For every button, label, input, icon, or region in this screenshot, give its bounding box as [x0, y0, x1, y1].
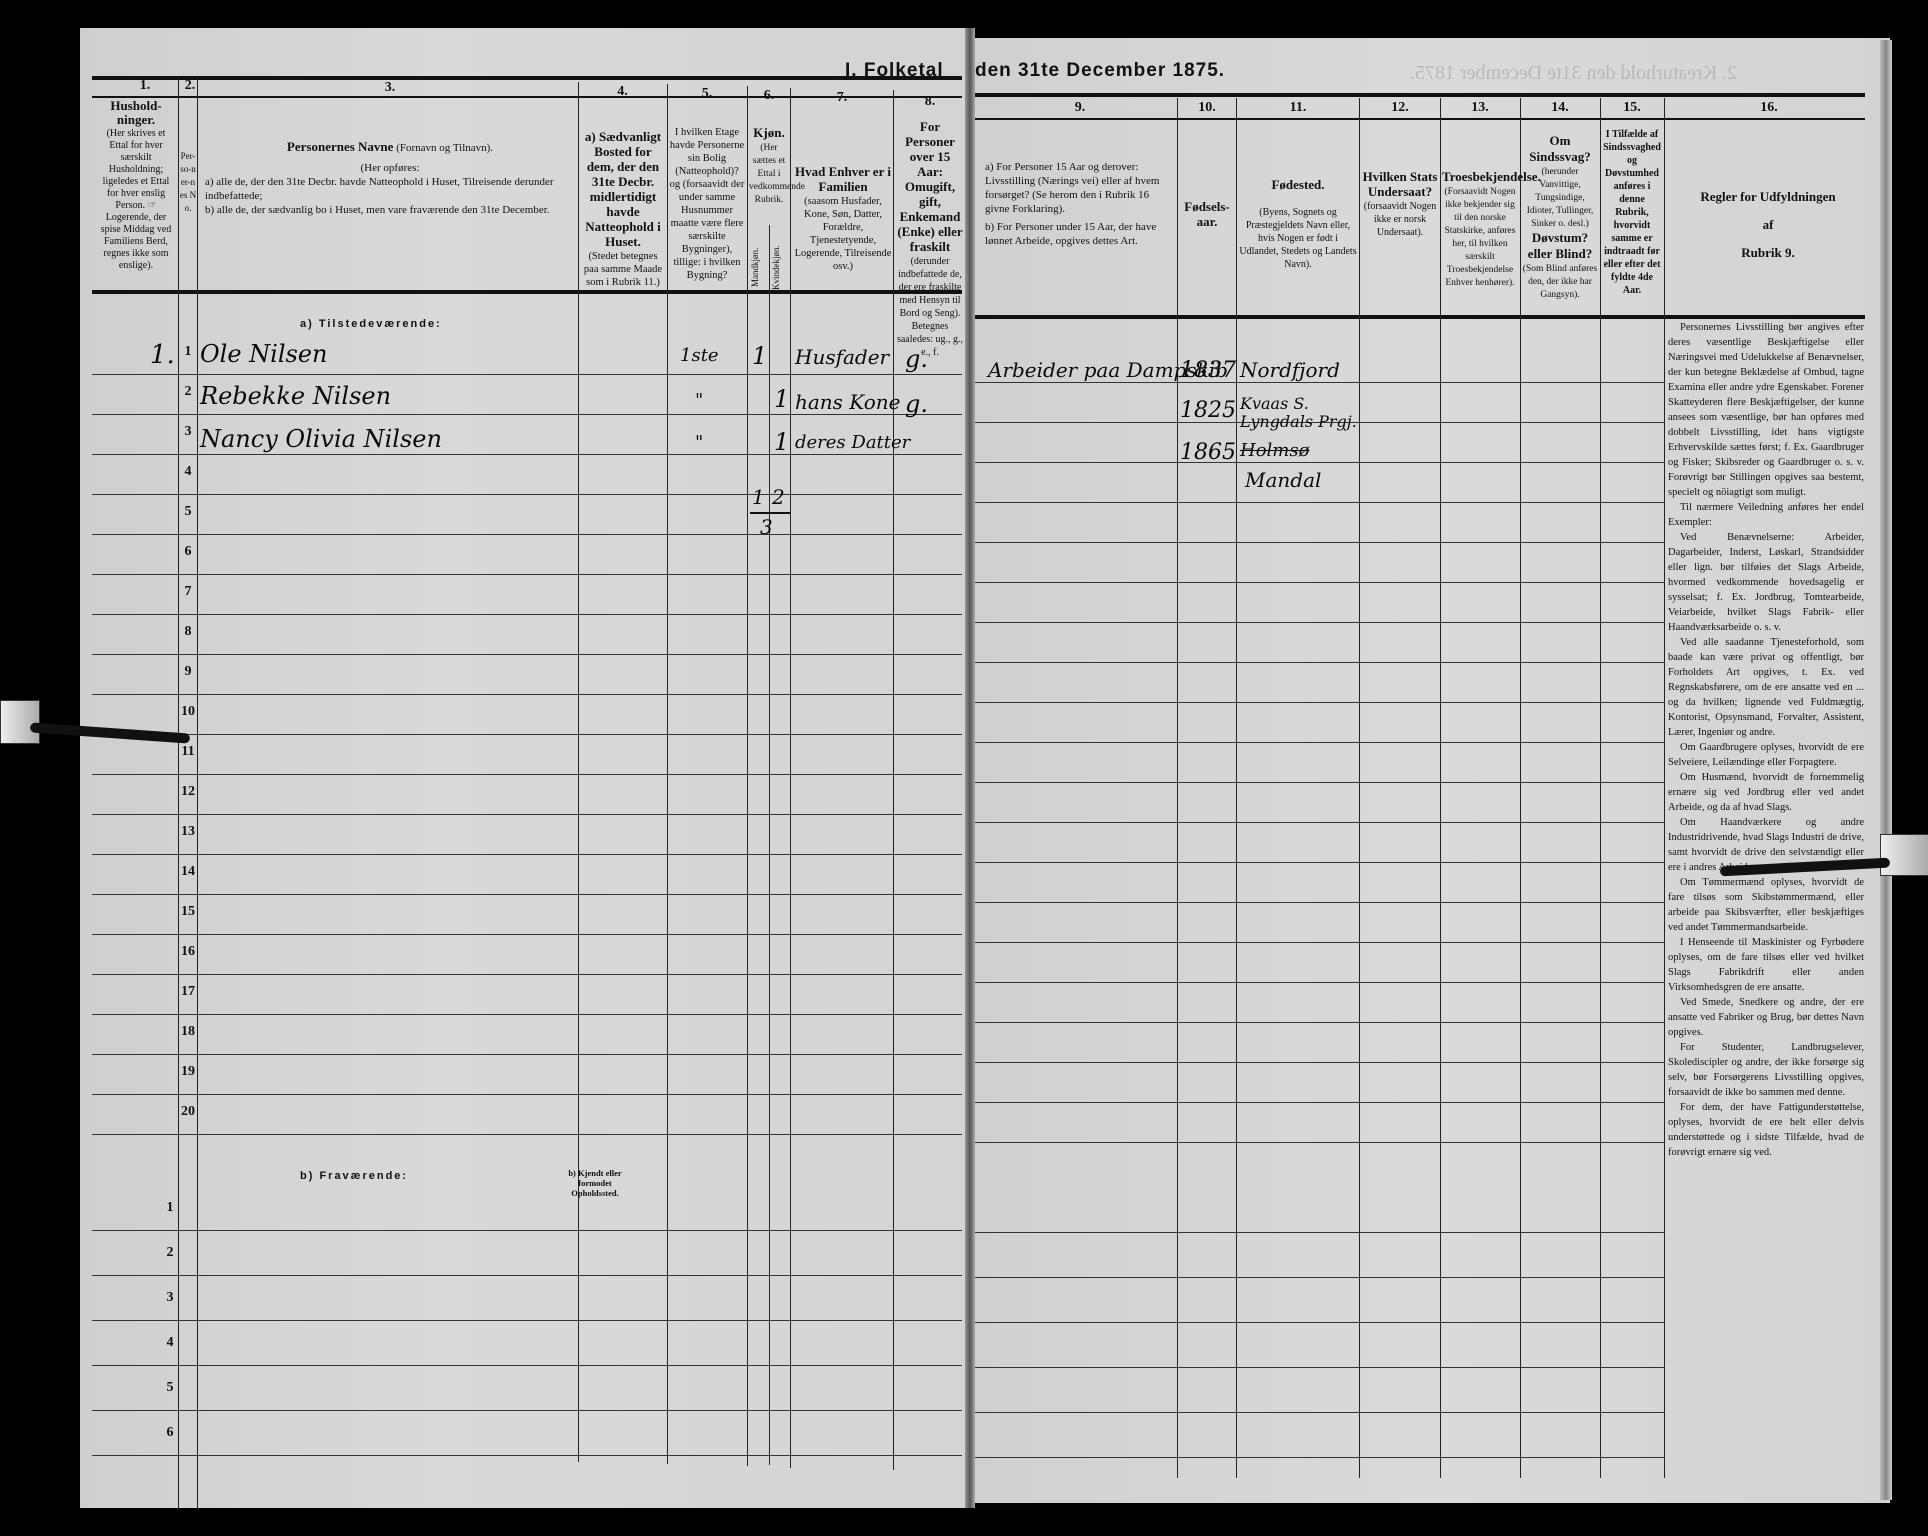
rule-paragraph: Ved Smede, Snedkere og andre, der ere an… — [1668, 995, 1864, 1040]
col-divider — [1600, 98, 1601, 1478]
col-num-9: 9. — [980, 100, 1180, 116]
row-line — [92, 534, 962, 535]
col4-note: (Stedet betegnes paa samme Maade som i R… — [584, 251, 662, 288]
col1-note: (Her skrives et Ettal for hver særskilt … — [101, 128, 172, 271]
entry-birthplace-3: Mandal — [1245, 468, 1321, 492]
section-present: a) Tilstedeværende: — [300, 318, 442, 330]
row-line — [975, 1102, 1665, 1103]
col4-heading: a) Sædvanligt Bosted for dem, der den 31… — [585, 129, 661, 249]
col3-heading: Personernes Navne — [287, 139, 394, 154]
col10-header: Fødsels-aar. — [1178, 200, 1236, 230]
absent-row-number: 3 — [160, 1290, 180, 1306]
col16-heading: Regler for Udfyldningen — [1700, 189, 1835, 204]
row-line — [92, 1320, 962, 1321]
row-line — [975, 1062, 1665, 1063]
row-line — [975, 1022, 1665, 1023]
col16-sub2: Rubrik 9. — [1741, 245, 1794, 260]
row-line — [975, 462, 1665, 463]
col-num-7: 7. — [792, 90, 892, 106]
col14-note2: (Som Blind anføres den, der ikke har Gan… — [1523, 264, 1597, 300]
col5-header: I hvilken Etage havde Personerne sin Bol… — [669, 126, 745, 282]
row-number: 17 — [178, 984, 198, 1000]
col-divider — [1440, 98, 1441, 1478]
row-line — [975, 942, 1665, 943]
rule-paragraph: Om Tømmermænd oplyses, hvorvidt de fare … — [1668, 875, 1864, 935]
row-line — [92, 694, 962, 695]
col11-header: Fødested. (Byens, Sognets og Præstegjeld… — [1238, 178, 1358, 271]
row-line — [92, 734, 962, 735]
row-line — [92, 854, 962, 855]
col-num-6: 6. — [748, 88, 790, 104]
entry-family-2: hans Kone — [795, 390, 900, 414]
row-line — [92, 934, 962, 935]
col11-note: (Byens, Sognets og Præstegjeldets Navn e… — [1239, 207, 1356, 270]
row-line — [92, 814, 962, 815]
entry-birthyear-3: 1865 — [1180, 440, 1236, 465]
entry-female-3: 1 — [774, 428, 789, 456]
col-num-8: 8. — [895, 94, 965, 110]
row-line — [92, 1275, 962, 1276]
col-divider — [1664, 98, 1665, 1478]
entry-name-3: Nancy Olivia Nilsen — [200, 425, 442, 453]
form-title-right: den 31te December 1875. — [975, 60, 1225, 82]
col-divider — [1236, 98, 1237, 1478]
rule-paragraph: For Studenter, Landbrugselever, Skoledis… — [1668, 1040, 1864, 1100]
row-line — [975, 1412, 1665, 1413]
col11-heading: Fødested. — [1271, 177, 1324, 192]
col-divider — [578, 82, 579, 1462]
col13-header: Troesbekjendelse. (Forsaavidt Nogen ikke… — [1442, 170, 1518, 290]
entry-name-1: Ole Nilsen — [200, 340, 328, 368]
col12-heading: Hvilken Stats Undersaat? — [1363, 169, 1438, 199]
entry-birthplace-1: Nordfjord — [1240, 358, 1340, 382]
row-line — [975, 382, 1665, 383]
row-line — [975, 702, 1665, 703]
row-line — [92, 974, 962, 975]
col2-header: Per-so-ner-nes No. — [179, 150, 197, 215]
page-edge — [1880, 40, 1892, 1500]
row-line — [975, 1322, 1665, 1323]
row-number: 20 — [178, 1104, 198, 1120]
row-line — [975, 982, 1665, 983]
col14-heading: Om Sindssvag? — [1529, 133, 1590, 164]
row-line — [975, 1142, 1665, 1143]
row-number: 16 — [178, 944, 198, 960]
col12-header: Hvilken Stats Undersaat? (forsaavidt Nog… — [1362, 170, 1438, 239]
col16-sub: af — [1763, 217, 1774, 232]
entry-floor-2: " — [695, 390, 703, 411]
col3-a: a) alle de, der den 31te Decbr. havde Na… — [205, 175, 575, 203]
col7-heading: Hvad Enhver er i Familien — [795, 164, 891, 194]
col15-header: I Tilfælde af Sindssvaghed og Døvstumhed… — [1602, 128, 1662, 297]
col1-header: Hushold-ninger. (Her skrives et Ettal fo… — [96, 100, 176, 272]
entry-birthplace-3-struck: Holmsø — [1240, 440, 1309, 461]
entry-female-2: 1 — [774, 385, 789, 413]
row-line — [975, 862, 1665, 863]
row-number: 18 — [178, 1024, 198, 1040]
row-number: 15 — [178, 904, 198, 920]
row-number: 13 — [178, 824, 198, 840]
row-line — [975, 662, 1665, 663]
col8-header: For Personer over 15 Aar: Omugift, gift,… — [896, 120, 964, 359]
absent-row-number: 6 — [160, 1425, 180, 1441]
absent-row-number: 5 — [160, 1380, 180, 1396]
row-number: 5 — [178, 504, 198, 520]
col14-note: (herunder Vanvittige, Tungsindige, Idiot… — [1527, 167, 1594, 229]
col-divider — [790, 88, 791, 1468]
col8-heading: For Personer over 15 Aar: Omugift, gift,… — [897, 119, 962, 254]
entry-birthyear-1: 1837 — [1180, 358, 1236, 383]
row-line — [975, 1232, 1665, 1233]
row-line — [92, 494, 962, 495]
row-line — [975, 1277, 1665, 1278]
rule-paragraph: Om Gaardbrugere oplyses, hvorvidt de ere… — [1668, 740, 1864, 770]
col3-header: Personernes Navne (Fornavn og Tilnavn). … — [205, 140, 575, 217]
entry-birthyear-2: 1825 — [1180, 398, 1236, 423]
col-divider — [1359, 98, 1360, 1478]
col1-heading: Hushold-ninger. — [110, 98, 161, 127]
rule-paragraph: Om Husmænd, hvorvidt de fornemmelig ernæ… — [1668, 770, 1864, 815]
entry-name-2: Rebekke Nilsen — [200, 382, 391, 410]
col8-note: (derunder indbefattede de, der ere frask… — [897, 256, 963, 358]
total-female: 2 — [772, 485, 785, 509]
absent-row-number: 1 — [160, 1200, 180, 1216]
row-line — [92, 1410, 962, 1411]
col-num-1: 1. — [100, 78, 190, 94]
rubrik-9-rules: Personernes Livsstilling bør angives eft… — [1668, 320, 1864, 1160]
row-line — [92, 654, 962, 655]
col14-header: Om Sindssvag? (herunder Vanvittige, Tung… — [1522, 134, 1598, 302]
row-number: 6 — [178, 544, 198, 560]
col-num-15: 15. — [1600, 100, 1664, 116]
row-line — [92, 1365, 962, 1366]
row-line — [92, 1230, 962, 1231]
row-number: 9 — [178, 664, 198, 680]
row-number: 19 — [178, 1064, 198, 1080]
row-number: 3 — [178, 424, 198, 440]
col-num-13: 13. — [1440, 100, 1520, 116]
col16-header: Regler for Udfyldningen af Rubrik 9. — [1668, 190, 1868, 261]
row-line — [92, 1014, 962, 1015]
row-line — [975, 502, 1665, 503]
rule-paragraph: Ved Benævnelserne: Arbeider, Dagarbeider… — [1668, 530, 1864, 635]
col6-heading: Kjøn. — [753, 125, 784, 140]
row-number: 7 — [178, 584, 198, 600]
row-line — [975, 902, 1665, 903]
row-line — [975, 742, 1665, 743]
rule-paragraph: Til nærmere Veiledning anføres her endel… — [1668, 500, 1864, 530]
header-bottom-rule-right — [975, 315, 1865, 319]
row-line — [975, 582, 1665, 583]
col-num-5: 5. — [668, 86, 746, 102]
book-gutter — [965, 28, 975, 1508]
col-num-16: 16. — [1664, 100, 1874, 116]
col6-male: Mandkjøn. — [749, 245, 769, 290]
col-divider — [1177, 98, 1178, 1478]
row-line — [975, 1457, 1665, 1458]
row-line — [92, 774, 962, 775]
entry-floor-1: 1ste — [680, 345, 719, 366]
rule-paragraph: For dem, der have Fattigunderstøttelse, … — [1668, 1100, 1864, 1160]
row-line — [92, 374, 962, 375]
col-num-4: 4. — [580, 84, 665, 100]
row-line — [975, 542, 1665, 543]
row-number: 12 — [178, 784, 198, 800]
entry-floor-3: " — [695, 432, 703, 453]
row-number: 11 — [178, 744, 198, 760]
col-divider — [1520, 98, 1521, 1478]
col7-header: Hvad Enhver er i Familien (saasom Husfad… — [794, 165, 892, 273]
col-num-11: 11. — [1236, 100, 1360, 116]
absent-row-number: 2 — [160, 1245, 180, 1261]
total-sum: 3 — [760, 515, 773, 539]
col3-b: b) alle de, der sædvanlig bo i Huset, me… — [205, 203, 575, 217]
household-number: 1. — [150, 340, 175, 370]
row-line — [92, 894, 962, 895]
header-bottom-rule-left — [92, 290, 962, 294]
entry-marital-2: g. — [905, 390, 928, 418]
colnum-rule-right — [975, 118, 1865, 120]
row-number: 2 — [178, 384, 198, 400]
rule-paragraph: I Henseende til Maskinister og Fyrbødere… — [1668, 935, 1864, 995]
top-rule-right — [975, 93, 1865, 97]
rule-paragraph: Ved alle saadanne Tjenesteforhold, som b… — [1668, 635, 1864, 740]
total-male: 1 — [752, 485, 765, 509]
row-line — [975, 622, 1665, 623]
row-line — [975, 1367, 1665, 1368]
absent-row-number: 4 — [160, 1335, 180, 1351]
col-num-10: 10. — [1178, 100, 1236, 116]
col6-female: Kvindekjøn. — [770, 245, 790, 290]
row-number: 10 — [178, 704, 198, 720]
bleedthrough-title: 2. Kreaturhold den 31te December 1875. — [1410, 62, 1737, 85]
col-divider — [769, 225, 770, 1465]
section-absent: b) Fraværende: — [300, 1170, 408, 1182]
col3-note: (Her opføres: — [205, 161, 575, 175]
col-divider — [893, 90, 894, 1470]
col-num-14: 14. — [1520, 100, 1600, 116]
row-line — [92, 574, 962, 575]
row-line — [92, 1455, 962, 1456]
absent-col4-label: b) Kjendt eller formodet Opholdssted. — [560, 1168, 630, 1198]
col6-header: Kjøn. (Her sættes et Ettal i vedkommende… — [749, 126, 789, 207]
entry-marital-1: g. — [905, 345, 928, 373]
total-rule — [750, 512, 790, 514]
rule-paragraph: Personernes Livsstilling bør angives eft… — [1668, 320, 1864, 500]
col7-note: (saasom Husfader, Kone, Søn, Datter, For… — [795, 196, 892, 272]
col9-header: a) For Personer 15 Aar og derover: Livss… — [985, 160, 1175, 248]
col-num-12: 12. — [1360, 100, 1440, 116]
row-line — [975, 782, 1665, 783]
col14-heading2: Døvstum? eller Blind? — [1528, 230, 1592, 261]
row-number: 14 — [178, 864, 198, 880]
row-line — [92, 454, 962, 455]
row-line — [92, 1054, 962, 1055]
row-number: 8 — [178, 624, 198, 640]
row-number: 1 — [178, 344, 198, 360]
col4-header: a) Sædvanligt Bosted for dem, der den 31… — [581, 130, 665, 289]
col10-heading: Fødsels-aar. — [1184, 199, 1230, 229]
col13-note: (Forsaavidt Nogen ikke bekjender sig til… — [1445, 187, 1516, 288]
entry-birthplace-2: Kvaas S. Lyngdals Prgj. — [1240, 395, 1360, 431]
col-divider — [747, 86, 748, 1466]
row-line — [92, 1094, 962, 1095]
col9-a: a) For Personer 15 Aar og derover: Livss… — [985, 160, 1175, 216]
row-number: 4 — [178, 464, 198, 480]
col12-note: (forsaavidt Nogen ikke er norsk Undersaa… — [1364, 201, 1436, 238]
entry-male-1: 1 — [752, 342, 767, 370]
page-clip-right — [1880, 834, 1928, 876]
row-line — [92, 1134, 962, 1135]
row-line — [975, 822, 1665, 823]
entry-family-3: deres Datter — [795, 432, 910, 453]
col9-b: b) For Personer under 15 Aar, der have l… — [985, 220, 1175, 248]
row-line — [92, 614, 962, 615]
entry-family-1: Husfader — [795, 345, 889, 369]
col3-sub: (Fornavn og Tilnavn). — [396, 142, 493, 154]
row-line — [92, 414, 962, 415]
col-num-3: 3. — [200, 80, 580, 96]
